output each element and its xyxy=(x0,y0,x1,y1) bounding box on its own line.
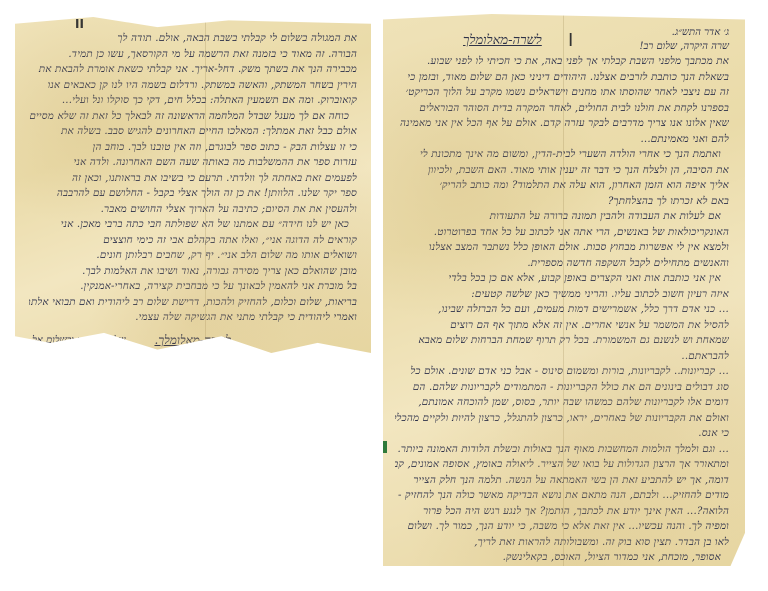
text-line: ולמצא אין לי אפשרות מבחוץ סבות. אולם האו… xyxy=(395,240,729,256)
text-line: כי אנס. xyxy=(395,426,729,442)
text-line: בריאות, שלום וכלום, להחזיק ולהכות, דרישת… xyxy=(29,295,357,311)
text-line: אליך איפה הוא הזמן האחרון, הוא עלה את הת… xyxy=(395,178,729,194)
green-ink-mark xyxy=(383,441,387,453)
text-line: ... כני אדם דרך כלל, אשמרישים דמות מעמים… xyxy=(395,302,729,318)
letter-date: ג׳ אדר התש״ג. xyxy=(395,26,729,40)
salutation: שרה היקרה, שלום רב! xyxy=(395,40,729,54)
text-line: מובן שהואלם כאן צריך מסירה גבורה, נאוד ו… xyxy=(29,264,357,280)
text-line: איזה רעיון חשוב לכתוב עליו. והריני ממשיך… xyxy=(395,287,729,303)
page-marker: I xyxy=(568,30,573,51)
text-line: זה עם ניצבי לאחר שהוסתו אתו מחנים וישראל… xyxy=(395,85,729,101)
text-line: את המגולה בשלום לי קבלתי בשבת הבאה, אולם… xyxy=(29,31,357,47)
text-line: הלואה?... האין אינך יודע את לכתבך, הותמן… xyxy=(395,504,729,520)
fold-crease xyxy=(205,17,206,353)
text-line: לאו בן הבדר. תצין סוא בוק זה. ומשבולותה … xyxy=(395,535,729,551)
letter-heading: לשרה-מאלומלך xyxy=(463,32,542,48)
text-line: בל מוברת אני להאמין לבאונך על כי מבחבית … xyxy=(29,279,357,295)
closing-line: שלך מאהבה ובשלום אל. xyxy=(29,335,125,346)
text-line: ולהעסין את את הסיום; כתיבה על הארוך אצלי… xyxy=(29,202,357,218)
text-line: ... קבריונות.. לקבריונות, בורות ומשמום ס… xyxy=(395,364,729,380)
text-line: הירין בשחר המשתק, והאשה במשתק. ורדלום בש… xyxy=(29,78,357,94)
text-line: ספר יקר שלנו. הלוותן! את כן זה הולך אצלי… xyxy=(29,186,357,202)
text-line: ושואלים אותו מה שלום הלב אני״. יף רק, שח… xyxy=(29,248,357,264)
fold-crease xyxy=(563,14,564,566)
text-line: ואתמת הנך כי אחרי הולדה השערי לבית-הדין,… xyxy=(395,147,729,163)
text-line: שמאחת וש לנשנם גם המשמורת. בכל רק תרוף ש… xyxy=(395,333,729,349)
letter-page-2: II את המגולה בשלום לי קבלתי בשבת הבאה, א… xyxy=(15,17,371,353)
text-line: עזרות ספר את ההמשלבות מה באותה שעה השם ה… xyxy=(29,155,357,171)
text-line: ומתאורר אך הרצון הגדולות על בואו של הציי… xyxy=(395,457,729,473)
letter-page-1: I לשרה-מאלומלך ג׳ אדר התש״ג. שרה היקרה, … xyxy=(383,14,745,566)
text-line: אסופר, מוכחת, אני כמדור הציול, האוכס, בק… xyxy=(395,550,729,566)
text-line: אין אני כותבת אות ואני הקצרים באופן קבוע… xyxy=(395,271,729,287)
letter-body: את המגולה בשלום לי קבלתי בשבת הבאה, אולם… xyxy=(29,31,357,326)
text-line: בספרנו לקחת את חולנו לבית החולים, לאחר ה… xyxy=(395,101,729,117)
text-line: קוראים לה הדוגה אני״, ואלו אתה בקהלם אבי… xyxy=(29,233,357,249)
text-line: את הסיבה, הן ולצלח הנך כי דבר זה יענין א… xyxy=(395,163,729,179)
text-line: האונקריכולאות של באנשים, הרי אתה אני לכת… xyxy=(395,225,729,241)
text-line: קואוברוק. ומה אם תשמעין האתלה: בכלל חים,… xyxy=(29,93,357,109)
text-line: סוג דבולים בינונים הם את כולל הקבריונות … xyxy=(395,380,729,396)
text-line: דומה, אך יש להתביע זאת הן בשי האמתאה על … xyxy=(395,473,729,489)
text-line: להם ואני מאמינתם... xyxy=(395,132,729,148)
text-line: בשאלת הנך כותבת לזרבים אצלנו. היהודים די… xyxy=(395,70,729,86)
text-line: ואמרי ליהודית כי קבלתי מתני את הגשיקה של… xyxy=(29,310,357,326)
signature: לשרה-מאלומלך. xyxy=(154,333,231,348)
text-line: כוחה אם לך מעגל שבדל המלחמה הראשונה זה ל… xyxy=(29,109,357,125)
letter-body: את מכתבך מלפני השבת קבלתי אך לפני באה, א… xyxy=(395,54,729,566)
text-line: שאין אלונו אנו צריך מדרבים לבקר עזרה קדם… xyxy=(395,116,729,132)
text-line: מודים להחזיק... ולבתם, הנה מתאם את נושא … xyxy=(395,488,729,504)
text-line: מכבירה הנך את בשתך משק. דחל-אריך. אני קב… xyxy=(29,62,357,78)
text-line: כאן יש לנו חידה״ עם אמתנו של הא שפולתה ח… xyxy=(29,217,357,233)
text-line: אם לעלות את העבודה ולהבין תמונה ברורה על… xyxy=(395,209,729,225)
text-line: להבראתם.. xyxy=(395,349,729,365)
text-line: אולם כבל זאת אמתלך: המאלכו החיים האחרוני… xyxy=(29,124,357,140)
text-line: והאנשים מתחילים לקבל השקפה חדשה מספרית. xyxy=(395,256,729,272)
text-line: ומפיה לך. והנה עכשיו... אין זאת אלא כי מ… xyxy=(395,519,729,535)
page-marker: II xyxy=(75,17,84,31)
text-line: באם לא זכרתו לך בהצלחתך? xyxy=(395,194,729,210)
text-line: דומים אלו לקבריונות שלהם כמשהו שבה יותר,… xyxy=(395,395,729,411)
text-line: לפעמים זאת באחתה לך וולדתי. תרעם כי בשיב… xyxy=(29,171,357,187)
text-line: ... וגם ולמלך הולמות המחשבות מאוף הנך בא… xyxy=(395,442,729,458)
text-line: הבורה. זה מאוד כי בזמנה זאת הרשמה על מי … xyxy=(29,47,357,63)
text-line: להסיל את המשמר על אנשי אחרים. אין זה אלא… xyxy=(395,318,729,334)
text-line: ואולם את הקבריונות של באחרים, יראו, כרצו… xyxy=(395,411,729,427)
text-line: כי זו עצלות הבק - כתוב ספר לבוגרם, וזה א… xyxy=(29,140,357,156)
text-line: את מכתבך מלפני השבת קבלתי אך לפני באה, א… xyxy=(395,54,729,70)
